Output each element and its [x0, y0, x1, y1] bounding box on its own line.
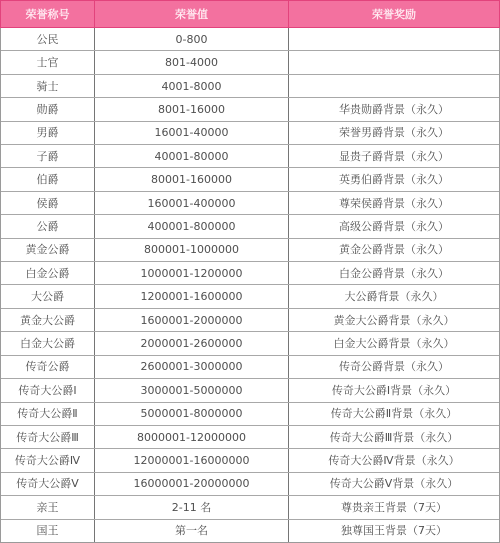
honor-value-cell: 80001-160000 [95, 168, 289, 190]
table-row: 勋爵8001-16000华贵勋爵背景（永久） [1, 98, 499, 121]
honor-reward-cell: 黄金公爵背景（永久） [289, 239, 499, 261]
rank-title-cell: 公民 [1, 28, 95, 50]
honor-value-cell: 3000001-5000000 [95, 379, 289, 401]
honor-reward-cell: 英勇伯爵背景（永久） [289, 168, 499, 190]
rank-title-cell: 骑士 [1, 75, 95, 97]
honor-reward-cell: 传奇大公爵Ⅳ背景（永久） [289, 449, 499, 471]
rank-title-cell: 传奇大公爵Ⅳ [1, 449, 95, 471]
rank-title-cell: 传奇大公爵Ⅲ [1, 426, 95, 448]
header-cell-honor-title: 荣誉称号 [1, 1, 95, 27]
rank-title-cell: 公爵 [1, 215, 95, 237]
rank-title-cell: 黄金大公爵 [1, 309, 95, 331]
honor-value-cell: 1000001-1200000 [95, 262, 289, 284]
table-row: 黄金公爵800001-1000000黄金公爵背景（永久） [1, 239, 499, 262]
honor-value-cell: 1200001-1600000 [95, 285, 289, 307]
rank-title-cell: 男爵 [1, 122, 95, 144]
honor-reward-cell: 传奇大公爵Ⅱ背景（永久） [289, 403, 499, 425]
table-row: 黄金大公爵1600001-2000000黄金大公爵背景（永久） [1, 309, 499, 332]
table-row: 伯爵80001-160000英勇伯爵背景（永久） [1, 168, 499, 191]
table-body: 公民0-800士官801-4000骑士4001-8000勋爵8001-16000… [1, 28, 499, 542]
honor-reward-cell: 华贵勋爵背景（永久） [289, 98, 499, 120]
honor-value-cell: 2600001-3000000 [95, 356, 289, 378]
rank-title-cell: 国王 [1, 520, 95, 542]
honor-reward-cell: 大公爵背景（永久） [289, 285, 499, 307]
honor-reward-cell: 高级公爵背景（永久） [289, 215, 499, 237]
table-row: 大公爵1200001-1600000大公爵背景（永久） [1, 285, 499, 308]
table-row: 士官801-4000 [1, 51, 499, 74]
honor-reward-cell [289, 28, 499, 50]
honor-value-cell: 400001-800000 [95, 215, 289, 237]
header-cell-honor-value: 荣誉值 [95, 1, 289, 27]
header-cell-honor-reward: 荣誉奖励 [289, 1, 499, 27]
table-row: 男爵16001-40000荣誉男爵背景（永久） [1, 122, 499, 145]
table-row: 国王第一名独尊国王背景（7天） [1, 520, 499, 542]
honor-reward-cell: 白金大公爵背景（永久） [289, 332, 499, 354]
honor-value-cell: 2-11 名 [95, 496, 289, 518]
table-row: 白金大公爵2000001-2600000白金大公爵背景（永久） [1, 332, 499, 355]
table-row: 传奇大公爵Ⅱ5000001-8000000传奇大公爵Ⅱ背景（永久） [1, 403, 499, 426]
honor-rank-table: 荣誉称号 荣誉值 荣誉奖励 公民0-800士官801-4000骑士4001-80… [0, 0, 500, 543]
rank-title-cell: 白金公爵 [1, 262, 95, 284]
table-row: 侯爵160001-400000尊荣侯爵背景（永久） [1, 192, 499, 215]
table-row: 公民0-800 [1, 28, 499, 51]
honor-value-cell: 800001-1000000 [95, 239, 289, 261]
honor-reward-cell: 显贵子爵背景（永久） [289, 145, 499, 167]
rank-title-cell: 传奇大公爵Ⅰ [1, 379, 95, 401]
honor-value-cell: 0-800 [95, 28, 289, 50]
table-row: 公爵400001-800000高级公爵背景（永久） [1, 215, 499, 238]
rank-title-cell: 传奇大公爵Ⅱ [1, 403, 95, 425]
table-header-row: 荣誉称号 荣誉值 荣誉奖励 [0, 0, 500, 28]
table-row: 传奇大公爵Ⅳ12000001-16000000传奇大公爵Ⅳ背景（永久） [1, 449, 499, 472]
honor-reward-cell: 黄金大公爵背景（永久） [289, 309, 499, 331]
rank-title-cell: 传奇公爵 [1, 356, 95, 378]
table-row: 传奇大公爵Ⅰ3000001-5000000传奇大公爵Ⅰ背景（永久） [1, 379, 499, 402]
honor-value-cell: 8001-16000 [95, 98, 289, 120]
honor-value-cell: 2000001-2600000 [95, 332, 289, 354]
honor-value-cell: 801-4000 [95, 51, 289, 73]
honor-reward-cell: 传奇大公爵Ⅴ背景（永久） [289, 473, 499, 495]
honor-value-cell: 4001-8000 [95, 75, 289, 97]
table-row: 亲王2-11 名尊贵亲王背景（7天） [1, 496, 499, 519]
honor-reward-cell [289, 51, 499, 73]
rank-title-cell: 黄金公爵 [1, 239, 95, 261]
honor-value-cell: 第一名 [95, 520, 289, 542]
rank-title-cell: 侯爵 [1, 192, 95, 214]
rank-title-cell: 子爵 [1, 145, 95, 167]
honor-value-cell: 160001-400000 [95, 192, 289, 214]
honor-reward-cell: 尊贵亲王背景（7天） [289, 496, 499, 518]
honor-value-cell: 5000001-8000000 [95, 403, 289, 425]
rank-title-cell: 勋爵 [1, 98, 95, 120]
table-row: 传奇大公爵Ⅲ8000001-12000000传奇大公爵Ⅲ背景（永久） [1, 426, 499, 449]
honor-reward-cell: 传奇大公爵Ⅰ背景（永久） [289, 379, 499, 401]
table-row: 白金公爵1000001-1200000白金公爵背景（永久） [1, 262, 499, 285]
honor-reward-cell: 传奇公爵背景（永久） [289, 356, 499, 378]
table-row: 子爵40001-80000显贵子爵背景（永久） [1, 145, 499, 168]
honor-value-cell: 1600001-2000000 [95, 309, 289, 331]
honor-value-cell: 16000001-20000000 [95, 473, 289, 495]
rank-title-cell: 传奇大公爵Ⅴ [1, 473, 95, 495]
table-row: 传奇公爵2600001-3000000传奇公爵背景（永久） [1, 356, 499, 379]
rank-title-cell: 士官 [1, 51, 95, 73]
honor-reward-cell: 荣誉男爵背景（永久） [289, 122, 499, 144]
rank-title-cell: 亲王 [1, 496, 95, 518]
honor-value-cell: 40001-80000 [95, 145, 289, 167]
rank-title-cell: 大公爵 [1, 285, 95, 307]
rank-title-cell: 伯爵 [1, 168, 95, 190]
honor-reward-cell [289, 75, 499, 97]
honor-reward-cell: 独尊国王背景（7天） [289, 520, 499, 542]
honor-value-cell: 16001-40000 [95, 122, 289, 144]
honor-value-cell: 12000001-16000000 [95, 449, 289, 471]
honor-value-cell: 8000001-12000000 [95, 426, 289, 448]
table-row: 传奇大公爵Ⅴ16000001-20000000传奇大公爵Ⅴ背景（永久） [1, 473, 499, 496]
rank-title-cell: 白金大公爵 [1, 332, 95, 354]
honor-reward-cell: 传奇大公爵Ⅲ背景（永久） [289, 426, 499, 448]
honor-reward-cell: 白金公爵背景（永久） [289, 262, 499, 284]
honor-reward-cell: 尊荣侯爵背景（永久） [289, 192, 499, 214]
table-row: 骑士4001-8000 [1, 75, 499, 98]
